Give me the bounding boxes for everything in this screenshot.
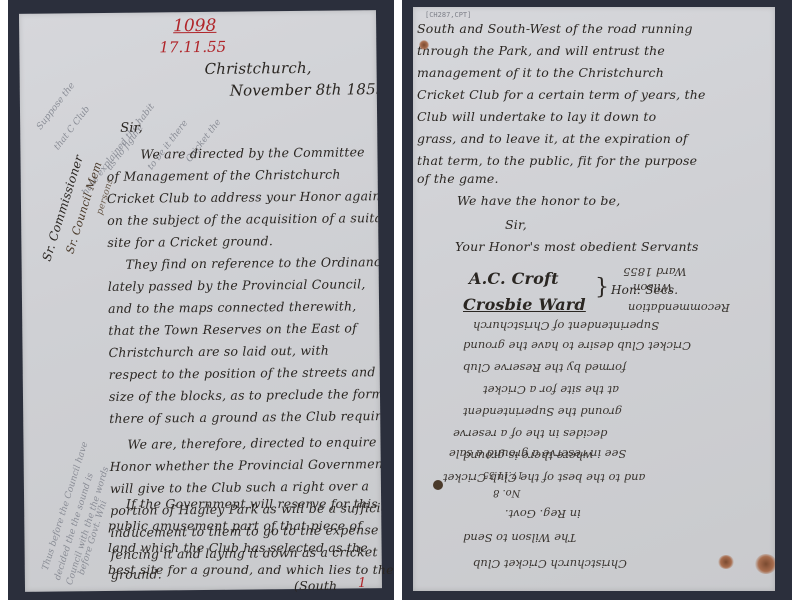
closing-salutation: Sir, [505,217,527,232]
docket-line: Ward 1855 [623,265,686,279]
docket-line: Cricket Club desire to have the ground [463,339,691,353]
docket-line: Wilson [633,281,672,295]
body-line: land which the Club has selected as the [108,540,368,555]
body-line: If the Government will reserve for this [126,496,378,511]
body-line: grass, and to leave it, at the expiratio… [417,131,688,146]
body-line: best site for a ground, and which lies t… [108,562,394,577]
inverted-docket-lower: See in reserve a ground a sale 17.11.55 … [423,447,723,587]
body-line: Club will undertake to lay it down to [417,109,656,124]
stain-spot [419,40,429,50]
docket-line: ground the Superintendent [463,405,622,419]
docket-line: See in reserve a ground a sale [449,447,626,461]
stain-spot [755,554,775,574]
body-line: through the Park, and will entrust the [417,43,665,58]
body-line: public amusement part of that piece of [108,518,362,533]
docket-line: Christchurch Cricket Club [473,557,627,571]
body-line: Cricket Club for a certain term of years… [417,87,706,102]
docket-line: decides in the of a reserve [453,427,607,441]
docket-line: at the site for a Cricket [483,383,619,397]
body-line: South and South-West of the road running [417,21,693,36]
docket-line: in Reg. Govt. [505,507,581,521]
body-line: management of it to the Christchurch [417,65,664,80]
docket-line: Recommendation [628,301,730,315]
closing-line: We have the honor to be, [457,193,620,208]
docket-line: 17.11.55 [483,469,523,479]
left-page-body-tail: If the Government will reserve for this … [22,12,379,590]
body-line: that term, to the public, fit for the pu… [417,153,697,168]
docket-line: No. 8 [493,487,520,498]
archive-stamp: [CH287,CPT] [425,11,471,19]
closing-sign-off: Your Honor's most obedient Servants [455,239,699,254]
body-line: of the game. [417,171,499,186]
page-mark: 1 [358,576,366,591]
right-page: [CH287,CPT] South and South-West of the … [413,7,775,591]
stain-spot [718,555,734,569]
docket-line: The Wilson to Send [463,531,576,545]
docket-line: Superintendent of Christchurch [473,319,659,333]
body-line-catchword: (South [294,578,337,593]
docket-line: formed by the Reserve Club [463,361,626,375]
ink-blot [433,480,443,490]
